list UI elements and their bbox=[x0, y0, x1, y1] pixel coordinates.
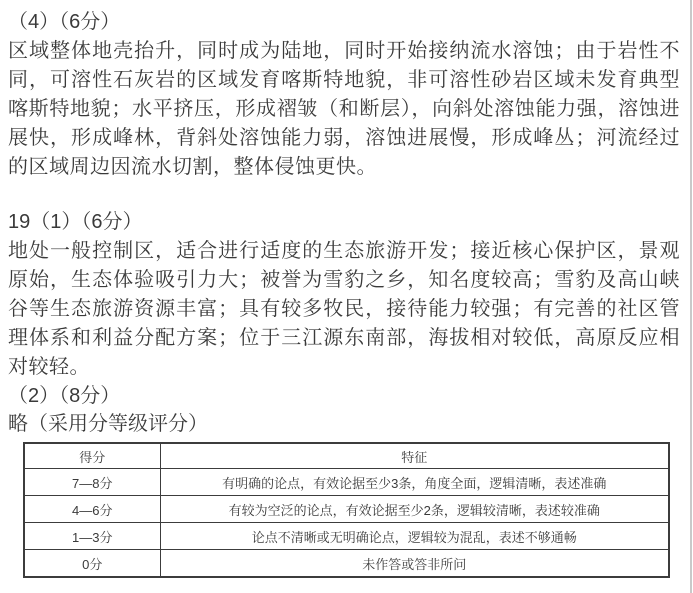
rubric-score-cell: 4—6分 bbox=[24, 496, 160, 523]
page-edge-line bbox=[690, 0, 692, 593]
answer-content: （4）（6分） 区域整体地壳抬升，同时成为陆地，同时开始接纳流水溶蚀；由于岩性不… bbox=[8, 8, 680, 578]
table-row: 1—3分 论点不清晰或无明确论点，逻辑较为混乱，表述不够通畅 bbox=[24, 523, 669, 550]
rubric-score-cell: 7—8分 bbox=[24, 469, 160, 496]
question-19-1-heading: 19（1）（6分） bbox=[8, 208, 680, 237]
answer-key-page: （4）（6分） 区域整体地壳抬升，同时成为陆地，同时开始接纳流水溶蚀；由于岩性不… bbox=[0, 0, 693, 593]
question-4-answer: 区域整体地壳抬升，同时成为陆地，同时开始接纳流水溶蚀；由于岩性不同，可溶性石灰岩… bbox=[8, 37, 680, 182]
rubric-feature-cell: 有较为空泛的论点，有效论据至少2条，逻辑较清晰，表述较准确 bbox=[160, 496, 669, 523]
rubric-header-row: 得分 特征 bbox=[24, 443, 669, 469]
rubric-feature-cell: 有明确的论点，有效论据至少3条，角度全面，逻辑清晰，表述准确 bbox=[160, 469, 669, 496]
rubric-feature-cell: 论点不清晰或无明确论点，逻辑较为混乱，表述不够通畅 bbox=[160, 523, 669, 550]
rubric-score-cell: 0分 bbox=[24, 550, 160, 578]
question-4-heading: （4）（6分） bbox=[8, 8, 680, 37]
question-19-2-note: 略（采用分等级评分） bbox=[8, 410, 680, 438]
table-row: 7—8分 有明确的论点，有效论据至少3条，角度全面，逻辑清晰，表述准确 bbox=[24, 469, 669, 496]
rubric-header-feature: 特征 bbox=[160, 443, 669, 469]
table-row: 4—6分 有较为空泛的论点，有效论据至少2条，逻辑较清晰，表述较准确 bbox=[24, 496, 669, 523]
table-row: 0分 未作答或答非所问 bbox=[24, 550, 669, 578]
grading-rubric-table: 得分 特征 7—8分 有明确的论点，有效论据至少3条，角度全面，逻辑清晰，表述准… bbox=[23, 442, 670, 578]
rubric-header-score: 得分 bbox=[24, 443, 160, 469]
question-19-1-answer: 地处一般控制区，适合进行适度的生态旅游开发；接近核心保护区，景观原始，生态体验吸… bbox=[8, 237, 680, 382]
rubric-score-cell: 1—3分 bbox=[24, 523, 160, 550]
rubric-feature-cell: 未作答或答非所问 bbox=[160, 550, 669, 578]
question-19-2-heading: （2）（8分） bbox=[8, 382, 680, 410]
